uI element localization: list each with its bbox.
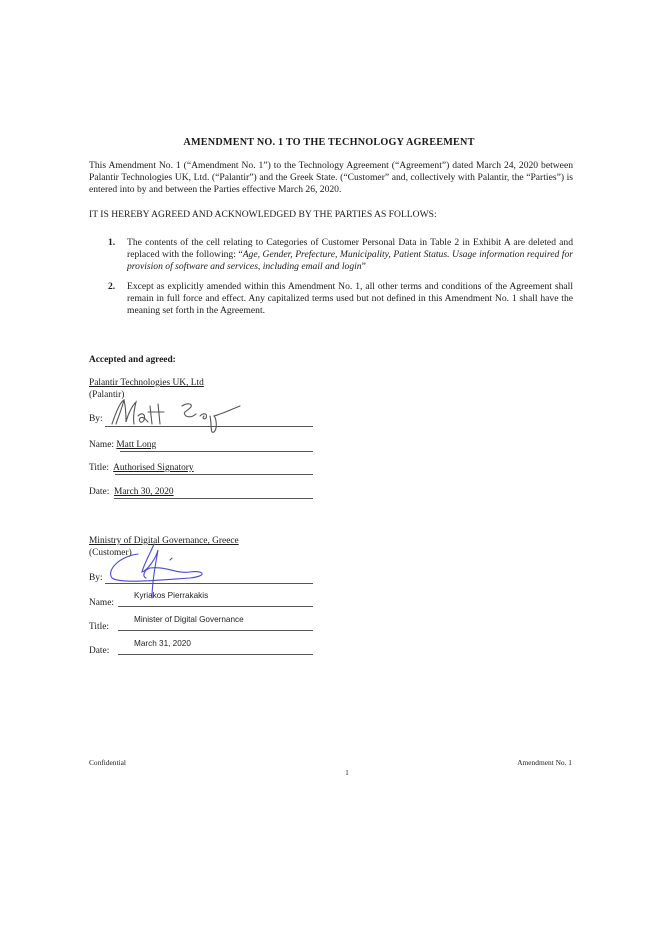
date-value: March 30, 2020 — [114, 487, 174, 497]
name-label: Name: Matt Long — [89, 440, 156, 450]
name-value: Kyriakos Pierrakakis — [134, 591, 208, 600]
footer-amendment: Amendment No. 1 — [517, 758, 572, 767]
date-line — [114, 498, 313, 499]
title-label: Title: — [89, 622, 109, 632]
footer-confidential: Confidential — [89, 758, 126, 767]
date-label: Date: — [89, 646, 109, 656]
amendment-item-1: 1. The contents of the cell relating to … — [108, 237, 573, 274]
item-text: Except as explicitly amended within this… — [127, 281, 573, 318]
name-label: Name: — [89, 598, 114, 608]
item-number: 1. — [108, 237, 115, 249]
title-line — [118, 630, 313, 631]
date-value: March 31, 2020 — [134, 639, 191, 648]
date-label-text: Date: — [89, 487, 109, 497]
page-number: 1 — [18, 768, 658, 777]
title-value: Authorised Signatory — [113, 463, 193, 473]
name-value: Matt Long — [116, 440, 156, 450]
item-text-end: ” — [362, 261, 366, 272]
party-name: Palantir Technologies UK, Ltd — [89, 378, 204, 388]
item-number: 2. — [108, 281, 115, 293]
by-label: By: — [89, 414, 103, 424]
accepted-label: Accepted and agreed: — [89, 355, 176, 365]
item-text: The contents of the cell relating to Cat… — [127, 237, 573, 274]
agreed-heading: IT IS HEREBY AGREED AND ACKNOWLEDGED BY … — [89, 209, 437, 220]
title-label-text: Title: — [89, 463, 109, 473]
date-label: Date: March 30, 2020 — [89, 487, 174, 497]
title-value: Minister of Digital Governance — [134, 615, 244, 624]
name-label-text: Name: — [89, 440, 114, 450]
title-line — [115, 474, 313, 475]
palantir-signature-icon — [106, 394, 246, 436]
date-line — [118, 654, 313, 655]
title-label: Title: Authorised Signatory — [89, 463, 194, 473]
amendment-item-2: 2. Except as explicitly amended within t… — [108, 281, 573, 318]
intro-paragraph: This Amendment No. 1 (“Amendment No. 1”)… — [89, 160, 573, 197]
document-title: AMENDMENT NO. 1 TO THE TECHNOLOGY AGREEM… — [0, 137, 658, 148]
name-line — [120, 451, 313, 452]
name-line — [118, 606, 313, 607]
